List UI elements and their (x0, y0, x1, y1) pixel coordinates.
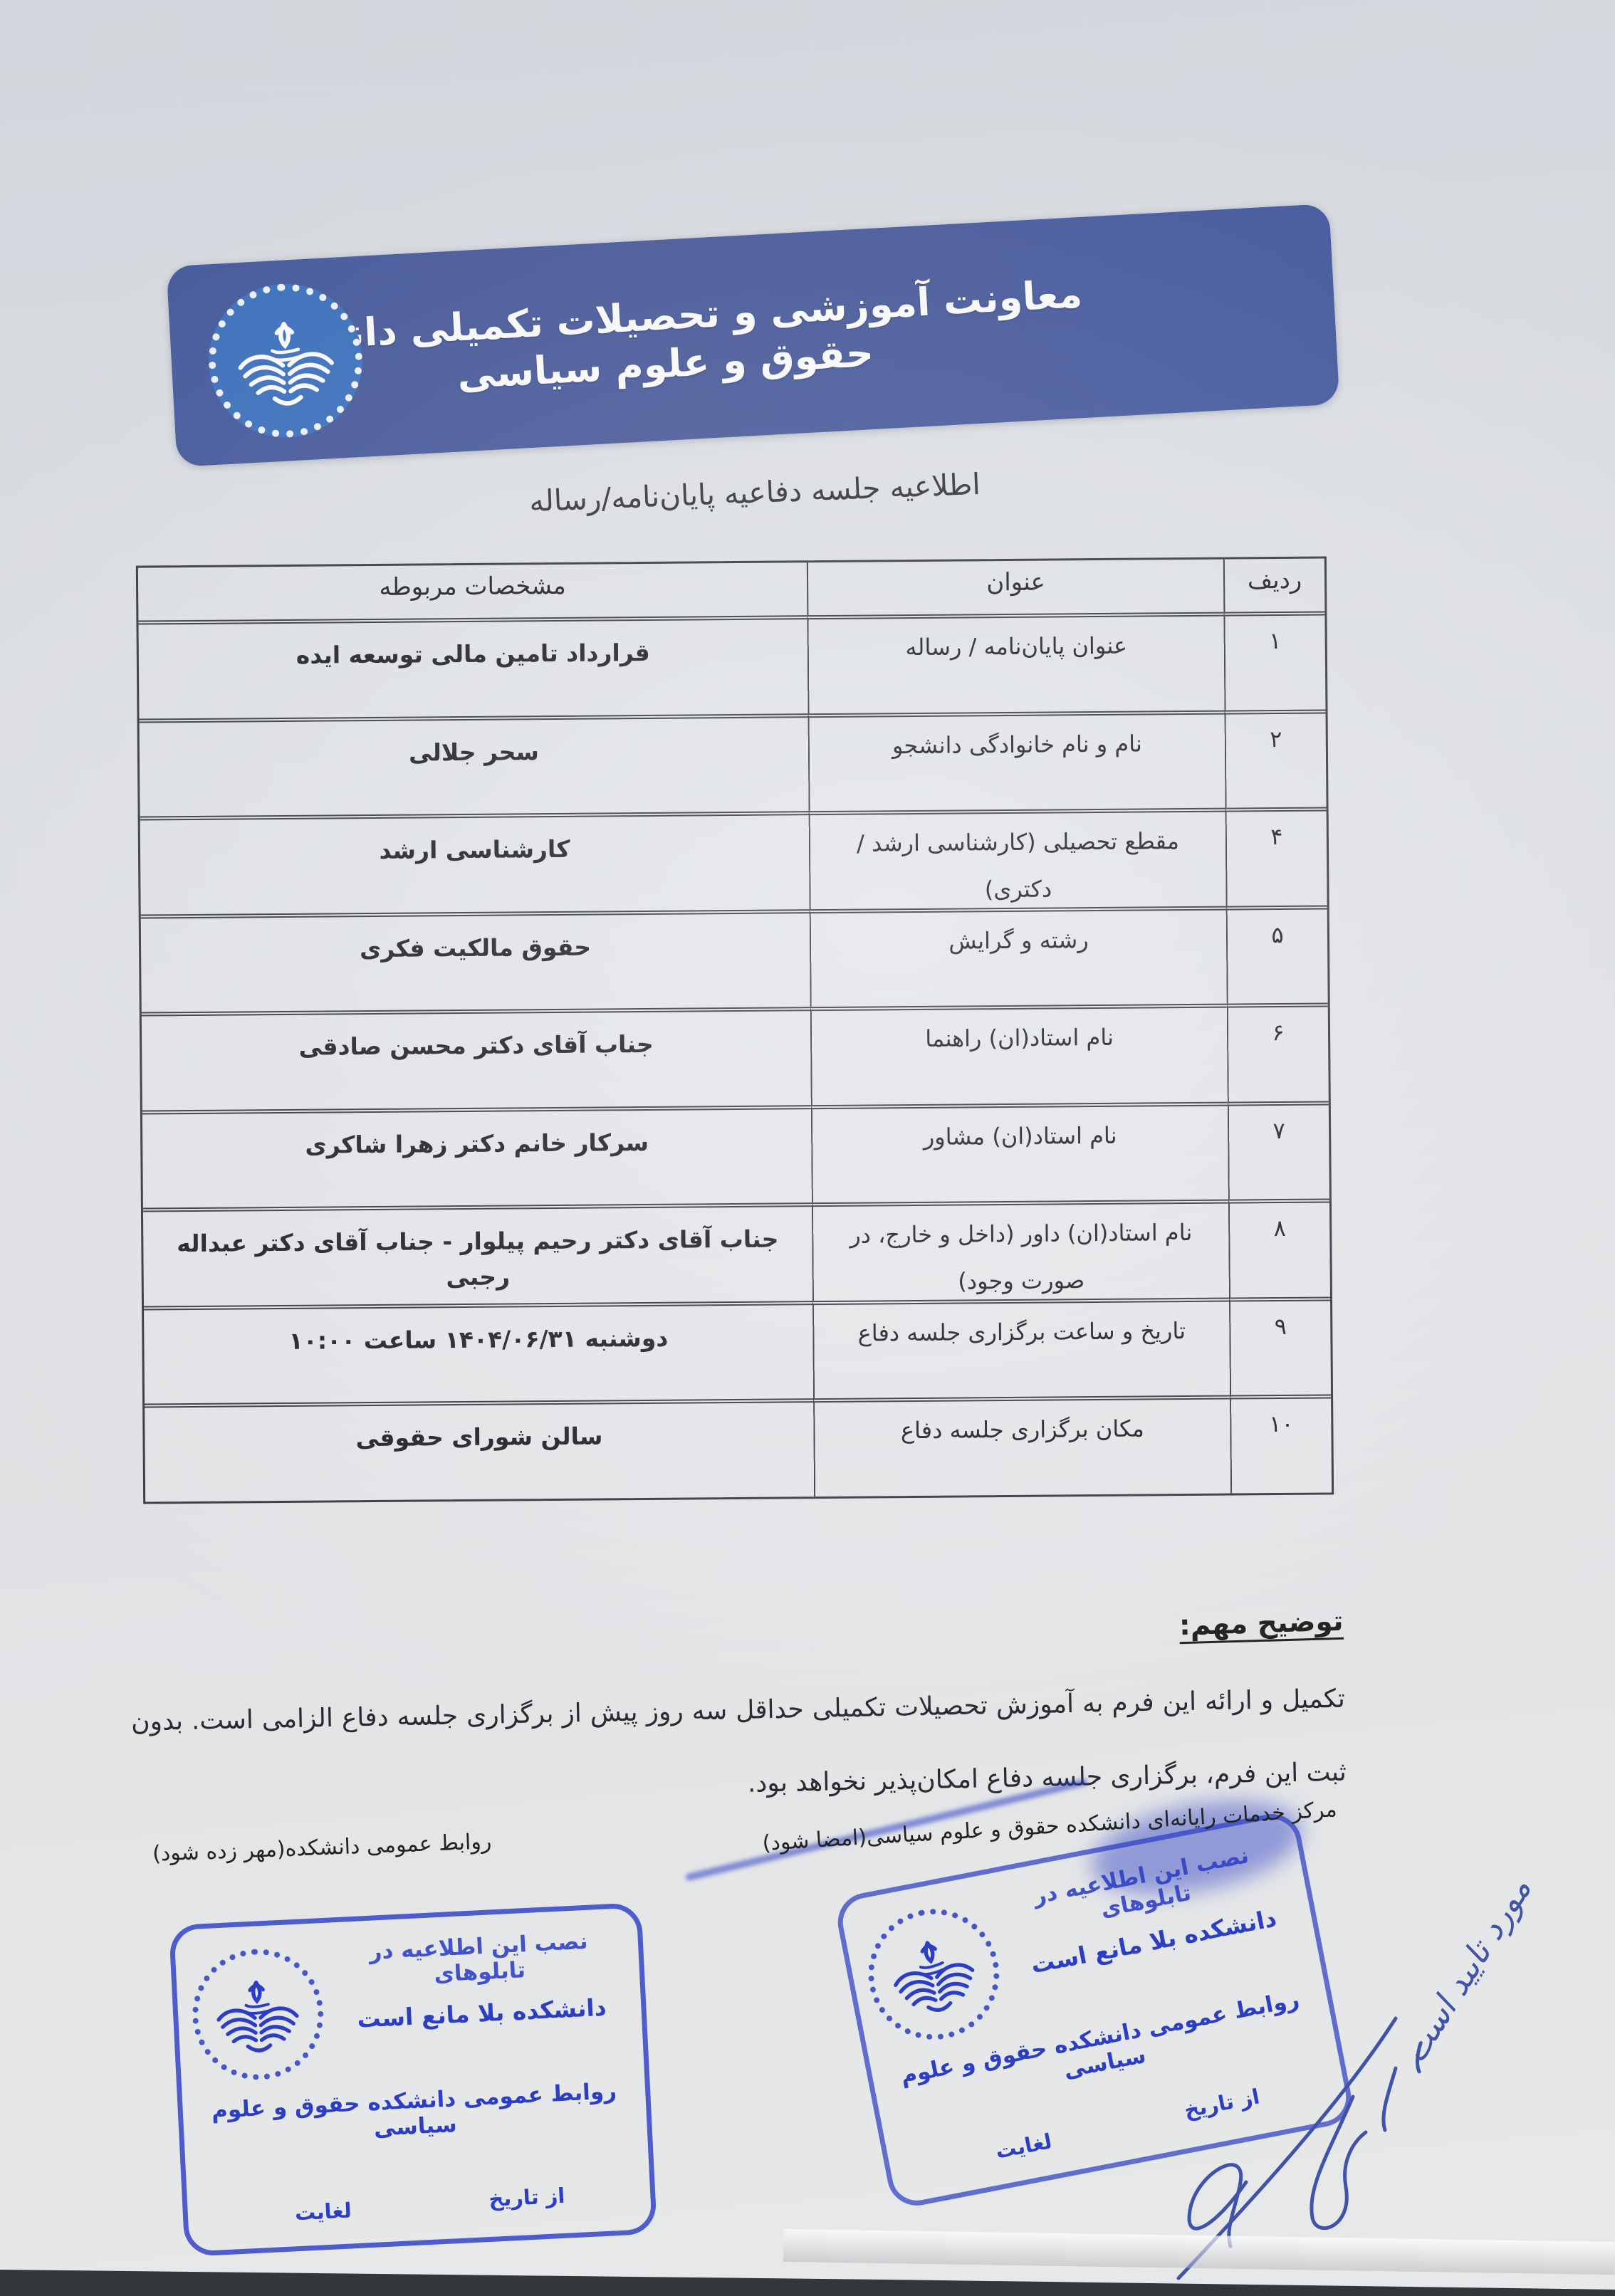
defense-info-table: ردیف عنوان مشخصات مربوطه ۱ عنوان پایان‌ن… (136, 556, 1334, 1504)
row-value-cell: دوشنبه ۱۴۰۴/۰۶/۳۱ ساعت ۱۰:۰۰ (144, 1301, 813, 1404)
stamp-from-date-label: از تاریخ (488, 2184, 566, 2211)
row-title-cell: مقطع تحصیلی (کارشناسی ارشد / دکتری) (809, 808, 1226, 909)
row-value-cell: سحر جلالی (140, 713, 809, 817)
row-number-cell: ۹ (1229, 1296, 1331, 1395)
row-title-cell: نام استاد(ان) داور (داخل و خارج، در صورت… (812, 1200, 1229, 1301)
stamp-text-line2: دانشکده بلا مانع است (332, 1992, 632, 2034)
stamp-text-line3: روابط عمومی دانشکده حقوق و علوم سیاسی (189, 2077, 640, 2151)
column-header-details: مشخصات مربوطه (138, 562, 807, 620)
stamp-until-label: لغایت (993, 2129, 1054, 2164)
column-header-title: عنوان (807, 560, 1224, 616)
university-of-tehran-logo-icon (204, 280, 366, 441)
stamp-ut-logo-icon (857, 1897, 1010, 2051)
row-value-cell: قرارداد تامین مالی توسعه ایده (138, 615, 807, 718)
row-title-cell: رشته و گرایش (810, 906, 1227, 1007)
row-value-cell: کارشناسی ارشد (140, 811, 810, 914)
row-number-cell: ۸ (1228, 1199, 1330, 1298)
row-title-cell: نام استاد(ان) مشاور (811, 1101, 1228, 1202)
row-number-cell: ۱۰ (1230, 1395, 1332, 1494)
row-number-cell: ۵ (1226, 905, 1328, 1004)
header-banner: معاونت آموزشی و تحصیلات تکمیلی دانشکده ح… (167, 204, 1340, 467)
row-title-cell: نام استاد(ان) راهنما (810, 1004, 1228, 1105)
stamp-text-line1: نصب این اطلاعیه در تابلوهای (328, 1927, 629, 1992)
public-relations-stamp-label: روابط عمومی دانشکده(مهر زده شود) (152, 1829, 492, 1866)
row-value-cell: سرکار خانم دکتر زهرا شاکری (142, 1105, 812, 1208)
ut-emblem-icon (229, 303, 343, 418)
scanned-defense-announcement-form: معاونت آموزشی و تحصیلات تکمیلی دانشکده ح… (0, 0, 1615, 2296)
public-relations-stamp-left: نصب این اطلاعیه در تابلوهای دانشکده بلا … (169, 1902, 657, 2257)
row-value-cell: جناب آقای دکتر رحیم پیلوار - جناب آقای د… (143, 1202, 812, 1306)
row-value-cell: حقوق مالکیت فکری (141, 909, 810, 1012)
row-number-cell: ۷ (1228, 1101, 1329, 1200)
row-title-cell: مکان برگزاری جلسه دفاع (813, 1395, 1230, 1496)
row-title-cell: تاریخ و ساعت برگزاری جلسه دفاع (812, 1297, 1230, 1398)
row-number-cell: ۱ (1223, 611, 1325, 710)
row-number-cell: ۶ (1227, 1003, 1329, 1102)
row-value-cell: جناب آقای دکتر محسن صادقی (142, 1007, 811, 1110)
row-value-cell: سالن شورای حقوقی (145, 1399, 814, 1502)
column-header-row-number: ردیف (1223, 558, 1325, 612)
row-title-cell: عنوان پایان‌نامه / رساله (807, 612, 1224, 713)
stamp-until-label: لغایت (294, 2198, 352, 2225)
stamp-ut-logo-icon (189, 1946, 327, 2083)
important-note-title: توضیح مهم: (1178, 1605, 1344, 1642)
row-title-cell: نام و نام خانوادگی دانشجو (808, 710, 1225, 811)
form-subtitle: اطلاعیه جلسه دفاعیه پایان‌نامه/رساله (384, 461, 1125, 524)
row-number-cell: ۴ (1225, 807, 1327, 906)
row-number-cell: ۲ (1224, 709, 1326, 808)
